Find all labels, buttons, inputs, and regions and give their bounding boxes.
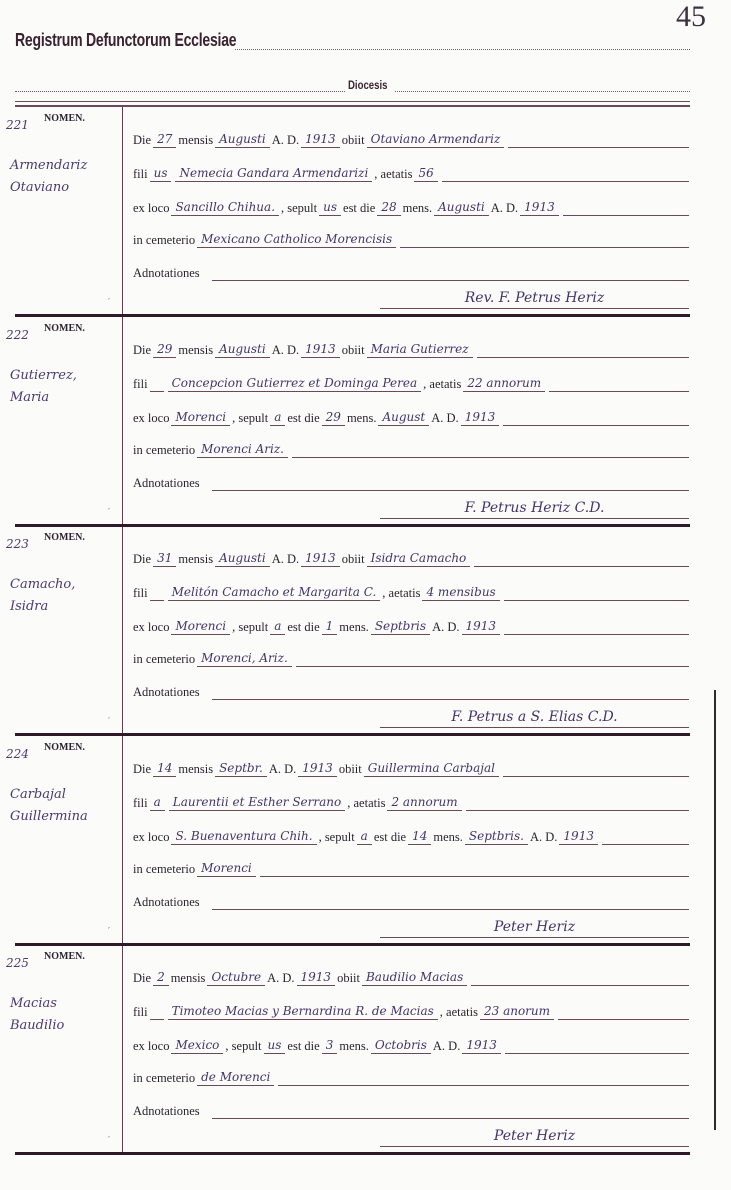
entry-number: 222 (6, 328, 29, 342)
death-month: Septbr. (215, 760, 267, 777)
register-title: Registrum Defunctorum Ecclesiae (15, 30, 236, 51)
entry-given-name: Isidra (10, 599, 48, 614)
mens-label: mens. (433, 830, 463, 845)
entry-number: 225 (6, 956, 29, 970)
register-entry: 225 NOMEN. Macias Baudilio Die 2 mensis … (0, 946, 731, 1155)
in-cemeterio-label: in cemeterio (133, 862, 195, 877)
mensis-label: mensis (171, 971, 206, 986)
aetatis-label: , aetatis (423, 377, 461, 392)
death-date-line: Die 31 mensis Augusti A. D. 1913 obiit I… (133, 547, 689, 567)
parents: Melitón Camacho et Margarita C. (168, 584, 381, 601)
priest-signature: F. Petrus a S. Elias C.D. (380, 707, 689, 728)
register-entry: 221 NOMEN. Armendariz Otaviano Die 27 me… (0, 108, 731, 317)
burial-month: August (378, 409, 429, 426)
mens-label: mens. (339, 1039, 369, 1054)
est-die-label: est die (343, 201, 375, 216)
die-label: Die (133, 762, 151, 777)
priest-signature: Peter Heriz (380, 917, 689, 938)
ad-label-2: A. D. (491, 201, 518, 216)
deceased-name: Baudilio Macias (362, 969, 467, 986)
nomen-label: NOMEN. (44, 113, 85, 124)
adnotationes-label: Adnotationes (133, 685, 200, 700)
place-of-origin: Morenci (171, 618, 230, 635)
entry-surname: Armendariz (10, 158, 87, 173)
entry-given-name: Maria (10, 390, 49, 405)
place-of-origin: Mexico (171, 1037, 223, 1054)
ad-label: A. D. (272, 343, 299, 358)
parents: Nemecia Gandara Armendarizi (175, 165, 372, 182)
cemetery-line: in cemeterio Morenci Ariz. (133, 438, 689, 458)
ad-label: A. D. (269, 762, 296, 777)
burial-line: ex loco Sancillo Chihua. , sepult us est… (133, 196, 689, 216)
ex-loco-label: ex loco (133, 201, 169, 216)
adnotationes-label: Adnotationes (133, 266, 200, 281)
nomen-label: NOMEN. (44, 532, 85, 543)
burial-line: ex loco Morenci , sepult a est die 1 men… (133, 615, 689, 635)
obiit-label: obiit (337, 971, 360, 986)
fili-suffix (150, 391, 164, 392)
aetatis-label: , aetatis (382, 586, 420, 601)
in-cemeterio-label: in cemeterio (133, 1071, 195, 1086)
adnotationes-label: Adnotationes (133, 1104, 200, 1119)
parents-line: fili us Nemecia Gandara Armendarizi , ae… (133, 162, 689, 182)
parents-line: fili Melitón Camacho et Margarita C. , a… (133, 581, 689, 601)
entry-surname: Macias (10, 996, 57, 1011)
sepult-suffix: a (270, 618, 285, 635)
ex-loco-label: ex loco (133, 830, 169, 845)
fili-suffix (150, 600, 164, 601)
death-month: Augusti (215, 131, 270, 148)
aetatis-label: , aetatis (347, 796, 385, 811)
fili-suffix: a (150, 794, 165, 811)
deceased-name: Otaviano Armendariz (367, 131, 505, 148)
deceased-name: Maria Gutierrez (367, 341, 473, 358)
cemetery: de Morenci (197, 1069, 274, 1086)
nomen-label: NOMEN. (44, 742, 85, 753)
deceased-name: Isidra Camacho (367, 550, 471, 567)
ex-loco-label: ex loco (133, 411, 169, 426)
burial-day: 29 (322, 409, 345, 426)
margin-tick: ′ (108, 508, 110, 518)
death-day: 31 (153, 550, 176, 567)
annotations-line: Adnotationes (133, 890, 689, 910)
priest-signature: F. Petrus Heriz C.D. (380, 498, 689, 519)
sepult-suffix: a (357, 828, 372, 845)
die-label: Die (133, 343, 151, 358)
parents: Timoteo Macias y Bernardina R. de Macias (168, 1003, 438, 1020)
sepult-suffix: us (319, 199, 341, 216)
in-cemeterio-label: in cemeterio (133, 443, 195, 458)
cemetery-line: in cemeterio de Morenci (133, 1066, 689, 1086)
death-day: 14 (153, 760, 176, 777)
annotations-line: Adnotationes (133, 680, 689, 700)
mensis-label: mensis (178, 343, 213, 358)
ad-label: A. D. (272, 133, 299, 148)
entry-given-name: Baudilio (10, 1018, 64, 1033)
cemetery: Morenci, Ariz. (197, 650, 292, 667)
sepult-label: , sepult (232, 411, 268, 426)
burial-day: 3 (322, 1037, 338, 1054)
burial-day: 1 (322, 618, 338, 635)
ad-label: A. D. (272, 552, 299, 567)
burial-line: ex loco S. Buenaventura Chih. , sepult a… (133, 825, 689, 845)
parents: Laurentii et Esther Serrano (169, 794, 346, 811)
priest-signature: Rev. F. Petrus Heriz (380, 288, 689, 309)
fili-suffix (150, 1019, 164, 1020)
fili-label: fili (133, 1005, 148, 1020)
fili-label: fili (133, 377, 148, 392)
diocesis-label: Diocesis (348, 78, 387, 92)
priest-signature: Peter Heriz (380, 1126, 689, 1147)
ex-loco-label: ex loco (133, 620, 169, 635)
obiit-label: obiit (342, 343, 365, 358)
margin-tick: ′ (108, 927, 110, 937)
death-month: Octubre (207, 969, 265, 986)
entry-given-name: Guillermina (10, 809, 88, 824)
margin-tick: ′ (108, 298, 110, 308)
title-line (235, 49, 690, 50)
entry-surname: Carbajal (10, 787, 66, 802)
annotations-line: Adnotationes (133, 261, 689, 281)
cemetery-line: in cemeterio Morenci (133, 857, 689, 877)
death-day: 27 (153, 131, 176, 148)
nomen-label: NOMEN. (44, 323, 85, 334)
age: 23 anorum (480, 1003, 554, 1020)
fili-label: fili (133, 586, 148, 601)
burial-year: 1913 (559, 828, 598, 845)
obiit-label: obiit (342, 552, 365, 567)
sepult-label: , sepult (281, 201, 317, 216)
fili-label: fili (133, 796, 148, 811)
entry-separator (15, 314, 690, 317)
cemetery: Morenci Ariz. (197, 441, 288, 458)
entry-number: 224 (6, 747, 29, 761)
aetatis-label: , aetatis (374, 167, 412, 182)
burial-year: 1913 (461, 409, 500, 426)
entry-number: 221 (6, 118, 29, 132)
entry-surname: Camacho, (10, 577, 75, 592)
sepult-label: , sepult (319, 830, 355, 845)
cemetery: Mexicano Catholico Morencisis (197, 231, 396, 248)
in-cemeterio-label: in cemeterio (133, 652, 195, 667)
deceased-name: Guillermina Carbajal (364, 760, 499, 777)
burial-year: 1913 (462, 1037, 501, 1054)
death-day: 29 (153, 341, 176, 358)
cemetery-line: in cemeterio Mexicano Catholico Morencis… (133, 228, 689, 248)
margin-tick: ′ (108, 717, 110, 727)
diocesis-line-right (395, 91, 690, 92)
parents-line: fili a Laurentii et Esther Serrano , aet… (133, 791, 689, 811)
burial-month: Septbris. (465, 828, 528, 845)
burial-month: Septbris (371, 618, 430, 635)
page-number: 45 (676, 0, 706, 34)
ex-loco-label: ex loco (133, 1039, 169, 1054)
annotations-line: Adnotationes (133, 471, 689, 491)
place-of-origin: Morenci (171, 409, 230, 426)
burial-year: 1913 (462, 618, 501, 635)
death-year: 1913 (297, 969, 336, 986)
death-date-line: Die 27 mensis Augusti A. D. 1913 obiit O… (133, 128, 689, 148)
ad-label-2: A. D. (431, 411, 458, 426)
death-month: Augusti (215, 550, 270, 567)
est-die-label: est die (287, 620, 319, 635)
obiit-label: obiit (339, 762, 362, 777)
adnotationes-label: Adnotationes (133, 476, 200, 491)
burial-day: 14 (408, 828, 431, 845)
sepult-suffix: a (270, 409, 285, 426)
burial-month: Augusti (434, 199, 489, 216)
annotations-line: Adnotationes (133, 1099, 689, 1119)
entry-separator (15, 1152, 690, 1155)
burial-year: 1913 (520, 199, 559, 216)
header-double-rule-top (15, 101, 690, 102)
age: 4 mensibus (422, 584, 499, 601)
burial-day: 28 (377, 199, 400, 216)
fili-suffix: us (150, 165, 172, 182)
burial-month: Octobris (371, 1037, 431, 1054)
in-cemeterio-label: in cemeterio (133, 233, 195, 248)
parents-line: fili Concepcion Gutierrez et Dominga Per… (133, 372, 689, 392)
register-entry: 224 NOMEN. Carbajal Guillermina Die 14 m… (0, 737, 731, 946)
diocesis-line-left (15, 91, 345, 92)
fili-label: fili (133, 167, 148, 182)
burial-line: ex loco Mexico , sepult us est die 3 men… (133, 1034, 689, 1054)
death-year: 1913 (301, 341, 340, 358)
die-label: Die (133, 133, 151, 148)
mensis-label: mensis (178, 762, 213, 777)
death-year: 1913 (298, 760, 337, 777)
cemetery: Morenci (197, 860, 256, 877)
die-label: Die (133, 552, 151, 567)
death-day: 2 (153, 969, 169, 986)
est-die-label: est die (287, 411, 319, 426)
ad-label-2: A. D. (433, 1039, 460, 1054)
ad-label-2: A. D. (530, 830, 557, 845)
ad-label-2: A. D. (432, 620, 459, 635)
place-of-origin: S. Buenaventura Chih. (171, 828, 316, 845)
mensis-label: mensis (178, 133, 213, 148)
place-of-origin: Sancillo Chihua. (171, 199, 279, 216)
parents-line: fili Timoteo Macias y Bernardina R. de M… (133, 1000, 689, 1020)
die-label: Die (133, 971, 151, 986)
sepult-label: , sepult (232, 620, 268, 635)
age: 56 (414, 165, 437, 182)
mens-label: mens. (347, 411, 377, 426)
register-entry: 223 NOMEN. Camacho, Isidra Die 31 mensis… (0, 527, 731, 736)
sepult-suffix: us (264, 1037, 286, 1054)
age: 2 annorum (387, 794, 461, 811)
est-die-label: est die (287, 1039, 319, 1054)
obiit-label: obiit (342, 133, 365, 148)
death-date-line: Die 2 mensis Octubre A. D. 1913 obiit Ba… (133, 966, 689, 986)
sepult-label: , sepult (225, 1039, 261, 1054)
est-die-label: est die (374, 830, 406, 845)
age: 22 annorum (463, 375, 545, 392)
mensis-label: mensis (178, 552, 213, 567)
margin-tick: ′ (108, 1136, 110, 1146)
entry-given-name: Otaviano (10, 180, 69, 195)
death-month: Augusti (215, 341, 270, 358)
entry-number: 223 (6, 537, 29, 551)
adnotationes-label: Adnotationes (133, 895, 200, 910)
death-date-line: Die 29 mensis Augusti A. D. 1913 obiit M… (133, 338, 689, 358)
ad-label: A. D. (267, 971, 294, 986)
nomen-label: NOMEN. (44, 951, 85, 962)
header-double-rule-bottom (15, 105, 690, 107)
register-entry: 222 NOMEN. Gutierrez, Maria Die 29 mensi… (0, 318, 731, 527)
mens-label: mens. (403, 201, 433, 216)
parents: Concepcion Gutierrez et Dominga Perea (168, 375, 422, 392)
entry-surname: Gutierrez, (10, 368, 77, 383)
entry-separator (15, 733, 690, 736)
death-year: 1913 (301, 131, 340, 148)
death-year: 1913 (301, 550, 340, 567)
aetatis-label: , aetatis (440, 1005, 478, 1020)
burial-line: ex loco Morenci , sepult a est die 29 me… (133, 406, 689, 426)
mens-label: mens. (339, 620, 369, 635)
cemetery-line: in cemeterio Morenci, Ariz. (133, 647, 689, 667)
death-date-line: Die 14 mensis Septbr. A. D. 1913 obiit G… (133, 757, 689, 777)
